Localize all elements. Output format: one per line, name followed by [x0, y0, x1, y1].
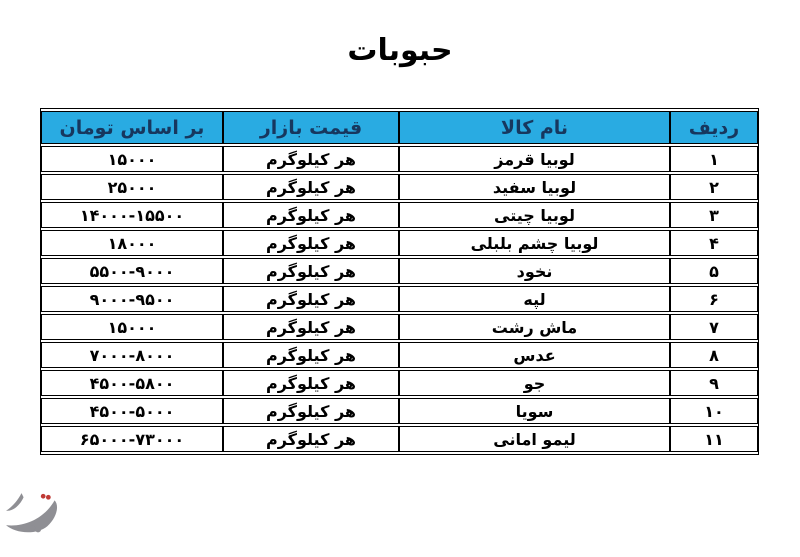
row-number-cell: ۱ — [670, 146, 758, 172]
product-name-cell: ماش رشت — [399, 314, 670, 340]
product-name-cell: لوبیا چشم بلبلی — [399, 230, 670, 256]
tasnim-watermark-logo — [5, 491, 69, 549]
price-cell: ۶۵۰۰۰-۷۳۰۰۰ — [41, 426, 223, 452]
product-name-cell: جو — [399, 370, 670, 396]
row-number-cell: ۱۰ — [670, 398, 758, 424]
table-row: ۱ لوبیا قرمز هر کیلوگرم ۱۵۰۰۰ — [41, 146, 758, 172]
table-row: ۱۰ سویا هر کیلوگرم ۴۵۰۰-۵۰۰۰ — [41, 398, 758, 424]
table-row: ۲ لوبیا سفید هر کیلوگرم ۲۵۰۰۰ — [41, 174, 758, 200]
calligraphy-dot — [35, 526, 41, 532]
product-name-cell: لوبیا قرمز — [399, 146, 670, 172]
price-cell: ۱۵۰۰۰ — [41, 146, 223, 172]
price-cell: ۱۵۰۰۰ — [41, 314, 223, 340]
product-name-cell: سویا — [399, 398, 670, 424]
unit-cell: هر کیلوگرم — [223, 314, 399, 340]
red-dot — [46, 495, 51, 500]
price-cell: ۱۸۰۰۰ — [41, 230, 223, 256]
unit-cell: هر کیلوگرم — [223, 286, 399, 312]
price-cell: ۷۰۰۰-۸۰۰۰ — [41, 342, 223, 368]
red-dot — [41, 494, 46, 499]
product-name-cell: عدس — [399, 342, 670, 368]
unit-cell: هر کیلوگرم — [223, 202, 399, 228]
product-name-cell: لپه — [399, 286, 670, 312]
header-price-basis-toman: بر اساس تومان — [41, 111, 223, 144]
legumes-price-table: ردیف نام کالا قیمت بازار بر اساس تومان ۱… — [40, 108, 757, 455]
product-name-cell: لوبیا سفید — [399, 174, 670, 200]
table-row: ۱۱ لیمو امانی هر کیلوگرم ۶۵۰۰۰-۷۳۰۰۰ — [41, 426, 758, 452]
unit-cell: هر کیلوگرم — [223, 370, 399, 396]
header-market-price: قیمت بازار — [223, 111, 399, 144]
table-row: ۹ جو هر کیلوگرم ۴۵۰۰-۵۸۰۰ — [41, 370, 758, 396]
row-number-cell: ۵ — [670, 258, 758, 284]
table-row: ۵ نخود هر کیلوگرم ۵۵۰۰-۹۰۰۰ — [41, 258, 758, 284]
header-row-number: ردیف — [670, 111, 758, 144]
price-cell: ۴۵۰۰-۵۸۰۰ — [41, 370, 223, 396]
row-number-cell: ۳ — [670, 202, 758, 228]
row-number-cell: ۷ — [670, 314, 758, 340]
table-row: ۳ لوبیا چیتی هر کیلوگرم ۱۴۰۰۰-۱۵۵۰۰ — [41, 202, 758, 228]
row-number-cell: ۲ — [670, 174, 758, 200]
row-number-cell: ۸ — [670, 342, 758, 368]
prices-table: ردیف نام کالا قیمت بازار بر اساس تومان ۱… — [40, 108, 759, 455]
unit-cell: هر کیلوگرم — [223, 398, 399, 424]
calligraphy-tip — [6, 493, 24, 511]
price-cell: ۲۵۰۰۰ — [41, 174, 223, 200]
unit-cell: هر کیلوگرم — [223, 174, 399, 200]
row-number-cell: ۶ — [670, 286, 758, 312]
unit-cell: هر کیلوگرم — [223, 426, 399, 452]
price-cell: ۵۵۰۰-۹۰۰۰ — [41, 258, 223, 284]
table-row: ۴ لوبیا چشم بلبلی هر کیلوگرم ۱۸۰۰۰ — [41, 230, 758, 256]
unit-cell: هر کیلوگرم — [223, 342, 399, 368]
unit-cell: هر کیلوگرم — [223, 258, 399, 284]
table-row: ۶ لپه هر کیلوگرم ۹۰۰۰-۹۵۰۰ — [41, 286, 758, 312]
table-row: ۷ ماش رشت هر کیلوگرم ۱۵۰۰۰ — [41, 314, 758, 340]
row-number-cell: ۱۱ — [670, 426, 758, 452]
row-number-cell: ۴ — [670, 230, 758, 256]
calligraphy-dot — [29, 525, 35, 531]
table-row: ۸ عدس هر کیلوگرم ۷۰۰۰-۸۰۰۰ — [41, 342, 758, 368]
product-name-cell: نخود — [399, 258, 670, 284]
page-title: حبوبات — [0, 33, 800, 68]
product-name-cell: لیمو امانی — [399, 426, 670, 452]
table-header-row: ردیف نام کالا قیمت بازار بر اساس تومان — [41, 111, 758, 144]
unit-cell: هر کیلوگرم — [223, 146, 399, 172]
unit-cell: هر کیلوگرم — [223, 230, 399, 256]
header-product-name: نام کالا — [399, 111, 670, 144]
price-cell: ۱۴۰۰۰-۱۵۵۰۰ — [41, 202, 223, 228]
price-cell: ۴۵۰۰-۵۰۰۰ — [41, 398, 223, 424]
price-cell: ۹۰۰۰-۹۵۰۰ — [41, 286, 223, 312]
row-number-cell: ۹ — [670, 370, 758, 396]
product-name-cell: لوبیا چیتی — [399, 202, 670, 228]
